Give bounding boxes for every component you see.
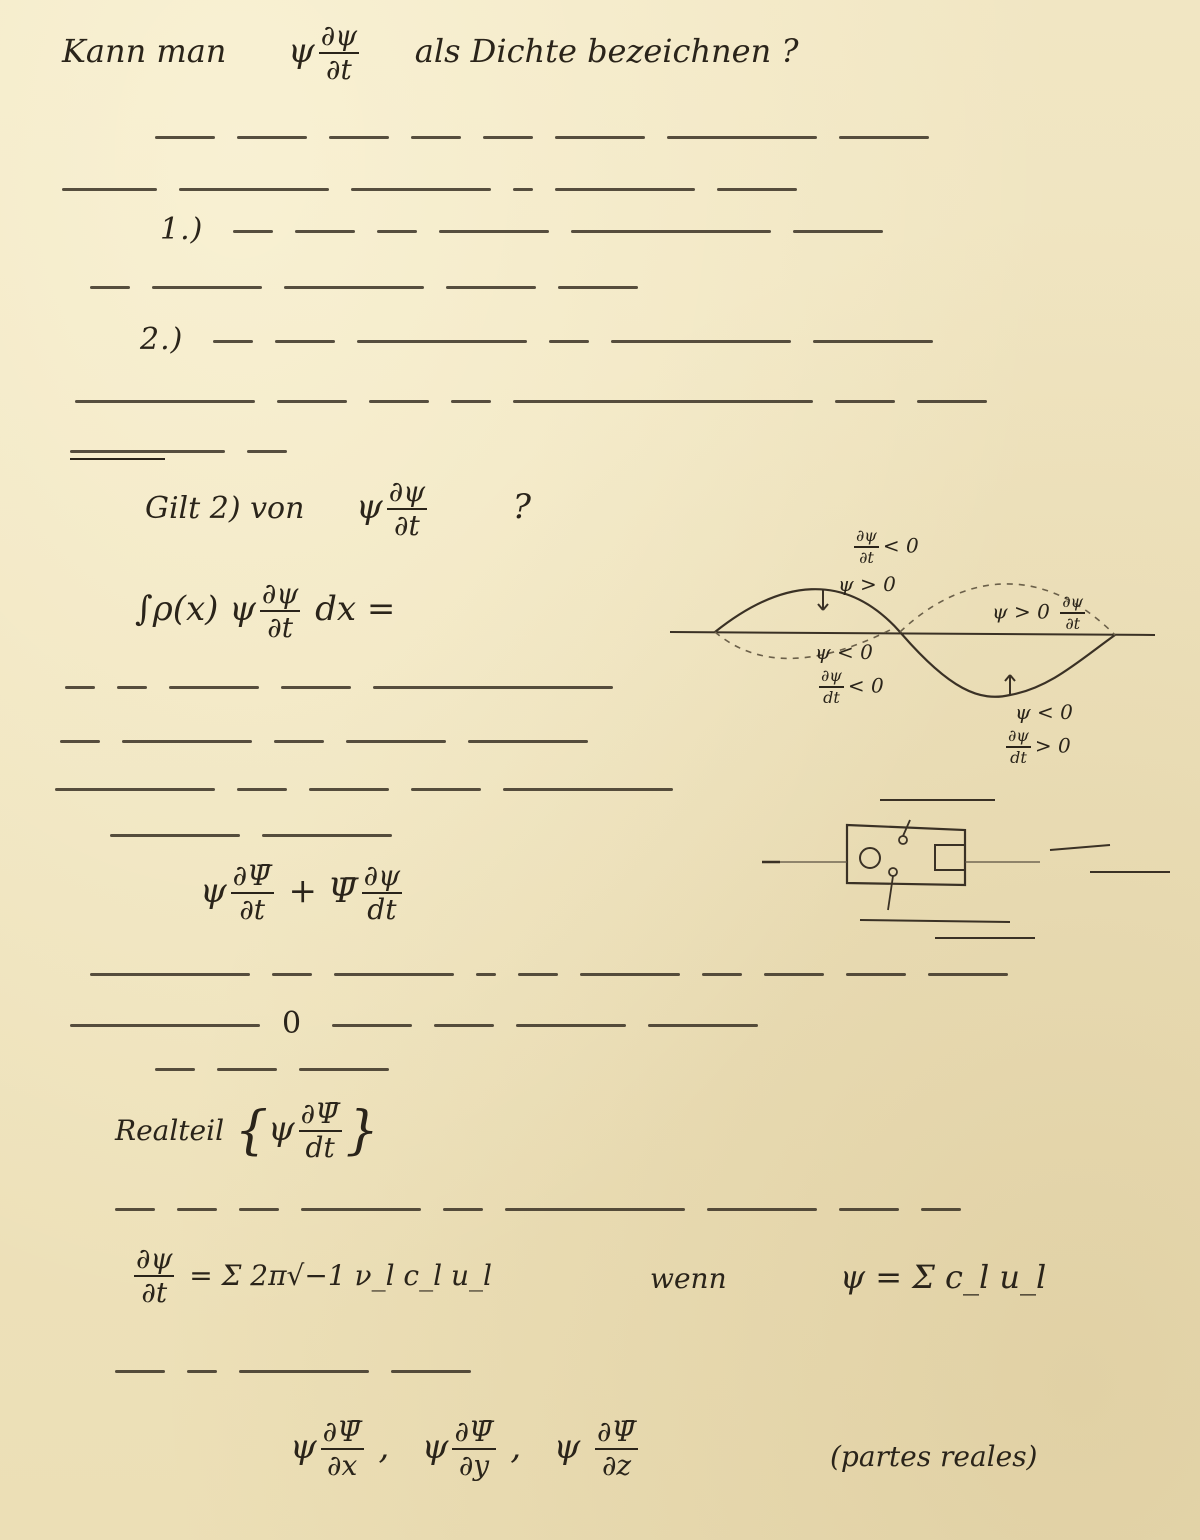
frac-num: ∂ψ [134,1245,174,1277]
prose-line-4 [75,382,1009,417]
frac-den: ∂t [859,548,874,566]
prose-line-10 [90,955,1030,990]
prose-line-6 [65,668,635,703]
integral-expression: ∫ρ(x) ψ∂ψ∂t dx = [135,580,395,642]
comp-psi-1: ψ [290,1427,317,1467]
comp-psi-3: ψ [554,1427,581,1467]
wave-label-left-psi: ψ < 0 [815,640,873,664]
frac-den: dt [367,894,396,924]
label-rel: < 0 [848,674,884,698]
comma: , [510,1427,521,1467]
real-part-psi: ψ [268,1109,295,1149]
expr2-fraction-2: ∂ψdt [362,862,402,924]
frac-num: ∂ψ [260,580,300,612]
comp-psi-2: ψ [422,1427,449,1467]
gilt-fraction: ∂ψ∂t [387,478,427,540]
gilt-psi: ψ [356,487,383,527]
frac-num: ∂Ψ̄ [299,1100,342,1132]
frac-num: ∂Ψ̄ [452,1418,495,1450]
frac-num: ∂ψ [362,862,402,894]
wave-label-bottom-psi: ψ < 0 [1015,700,1073,724]
item-2-line: 2.) [140,322,955,357]
prose-line-8 [55,770,695,805]
item-1-line: 1.) [160,212,905,247]
wave-label-left: ∂ψdt< 0 [815,668,884,706]
frac-den: ∂t [326,54,352,84]
frac-num: ∂ψ [1006,728,1031,748]
prose-line-14 [115,1352,493,1387]
prose-line-9 [110,816,414,851]
frac-den: dt [823,688,840,706]
prose-line-12 [155,1050,411,1085]
frac-num: ∂Ψ̄ [231,862,274,894]
expr2-psi: ψ [200,871,227,911]
components-expression: ψ∂Ψ̄∂x , ψ∂Ψ̄∂y , ψ ∂Ψ̄∂z [290,1418,642,1480]
frac-num: ∂ψ [319,22,359,54]
frac-den: ∂z [602,1450,631,1480]
comma: , [379,1427,390,1467]
gilt-label: Gilt 2) von [145,491,304,526]
comp-fraction-x: ∂Ψ̄∂x [321,1418,364,1480]
wave-label-right: ψ > 0 ∂ψ∂t [992,594,1089,632]
integral-fraction: ∂ψ∂t [260,580,300,642]
label-rel: < 0 [883,534,919,558]
title-suffix: als Dichte bezeichnen ? [415,32,799,70]
expr2-fraction-1: ∂Ψ̄∂t [231,862,274,924]
real-part-line: Realteil {ψ∂Ψ̄dt} [115,1100,379,1162]
prose-line-1 [155,118,951,153]
prose-line-11: 0 [70,1006,780,1041]
item-2-label: 2.) [140,322,183,357]
gilt-question: ? [513,487,531,527]
frac-num: ∂ψ [387,478,427,510]
gilt-line: Gilt 2) von ψ∂ψ∂t ? [145,478,531,540]
frac-den: ∂y [459,1450,489,1480]
item-1-label: 1.) [160,212,203,247]
frac-den: ∂t [1065,614,1080,632]
integral-term: ∫ρ(x) ψ [135,589,256,629]
title-psi: ψ [288,31,315,71]
frac-den: ∂t [394,510,420,540]
partes-reales: (partes reales) [830,1440,1037,1473]
series-fraction: ∂ψ∂t [134,1245,174,1307]
zero-value: 0 [282,1006,302,1041]
frac-num: ∂ψ [1060,594,1085,614]
label-psi: ψ > 0 [992,600,1050,624]
prose-line-7 [60,722,610,757]
frac-den: dt [306,1132,335,1162]
comp-fraction-y: ∂Ψ̄∂y [452,1418,495,1480]
series-expression: ∂ψ∂t = Σ 2π√−1 ν_l c_l u_l [130,1245,492,1307]
prose-line-13 [115,1190,983,1225]
frac-den: ∂t [239,894,265,924]
wenn-word: wenn [650,1262,727,1295]
series-rhs: = Σ 2π√−1 ν_l c_l u_l [189,1259,492,1292]
frac-num: ∂Ψ̄ [321,1418,364,1450]
real-part-label: Realteil [115,1114,224,1147]
wave-label-top: ∂ψ∂t< 0 [850,528,919,566]
frac-den: ∂t [141,1277,167,1307]
frac-num: ∂Ψ̄ [595,1418,638,1450]
frac-den: dt [1010,748,1027,766]
expr2-plus: + Ψ̄ [289,871,358,911]
psi-sum: ψ = Σ c_l u_l [840,1258,1046,1296]
title-prefix: Kann man [62,32,226,70]
frac-den: ∂t [267,612,293,642]
comp-fraction-z: ∂Ψ̄∂z [595,1418,638,1480]
title-fraction: ∂ψ∂t [319,22,359,84]
integral-dx: dx = [315,589,395,629]
real-part-fraction: ∂Ψ̄dt [299,1100,342,1162]
wave-label-top-psi: ψ > 0 [838,572,896,596]
label-rel: > 0 [1035,734,1071,758]
expression-2: ψ∂Ψ̄∂t + Ψ̄∂ψdt [200,862,406,924]
title-line: Kann man ψ∂ψ∂t als Dichte bezeichnen ? [62,22,799,84]
prose-line-2 [62,170,819,205]
frac-num: ∂ψ [854,528,879,548]
frac-num: ∂ψ [819,668,844,688]
prose-line-5 [70,432,309,467]
frac-den: ∂x [327,1450,357,1480]
prose-line-3 [90,268,660,303]
box-diagram [750,780,1190,950]
wave-label-bottom: ∂ψdt> 0 [1002,728,1071,766]
underline [70,458,165,460]
